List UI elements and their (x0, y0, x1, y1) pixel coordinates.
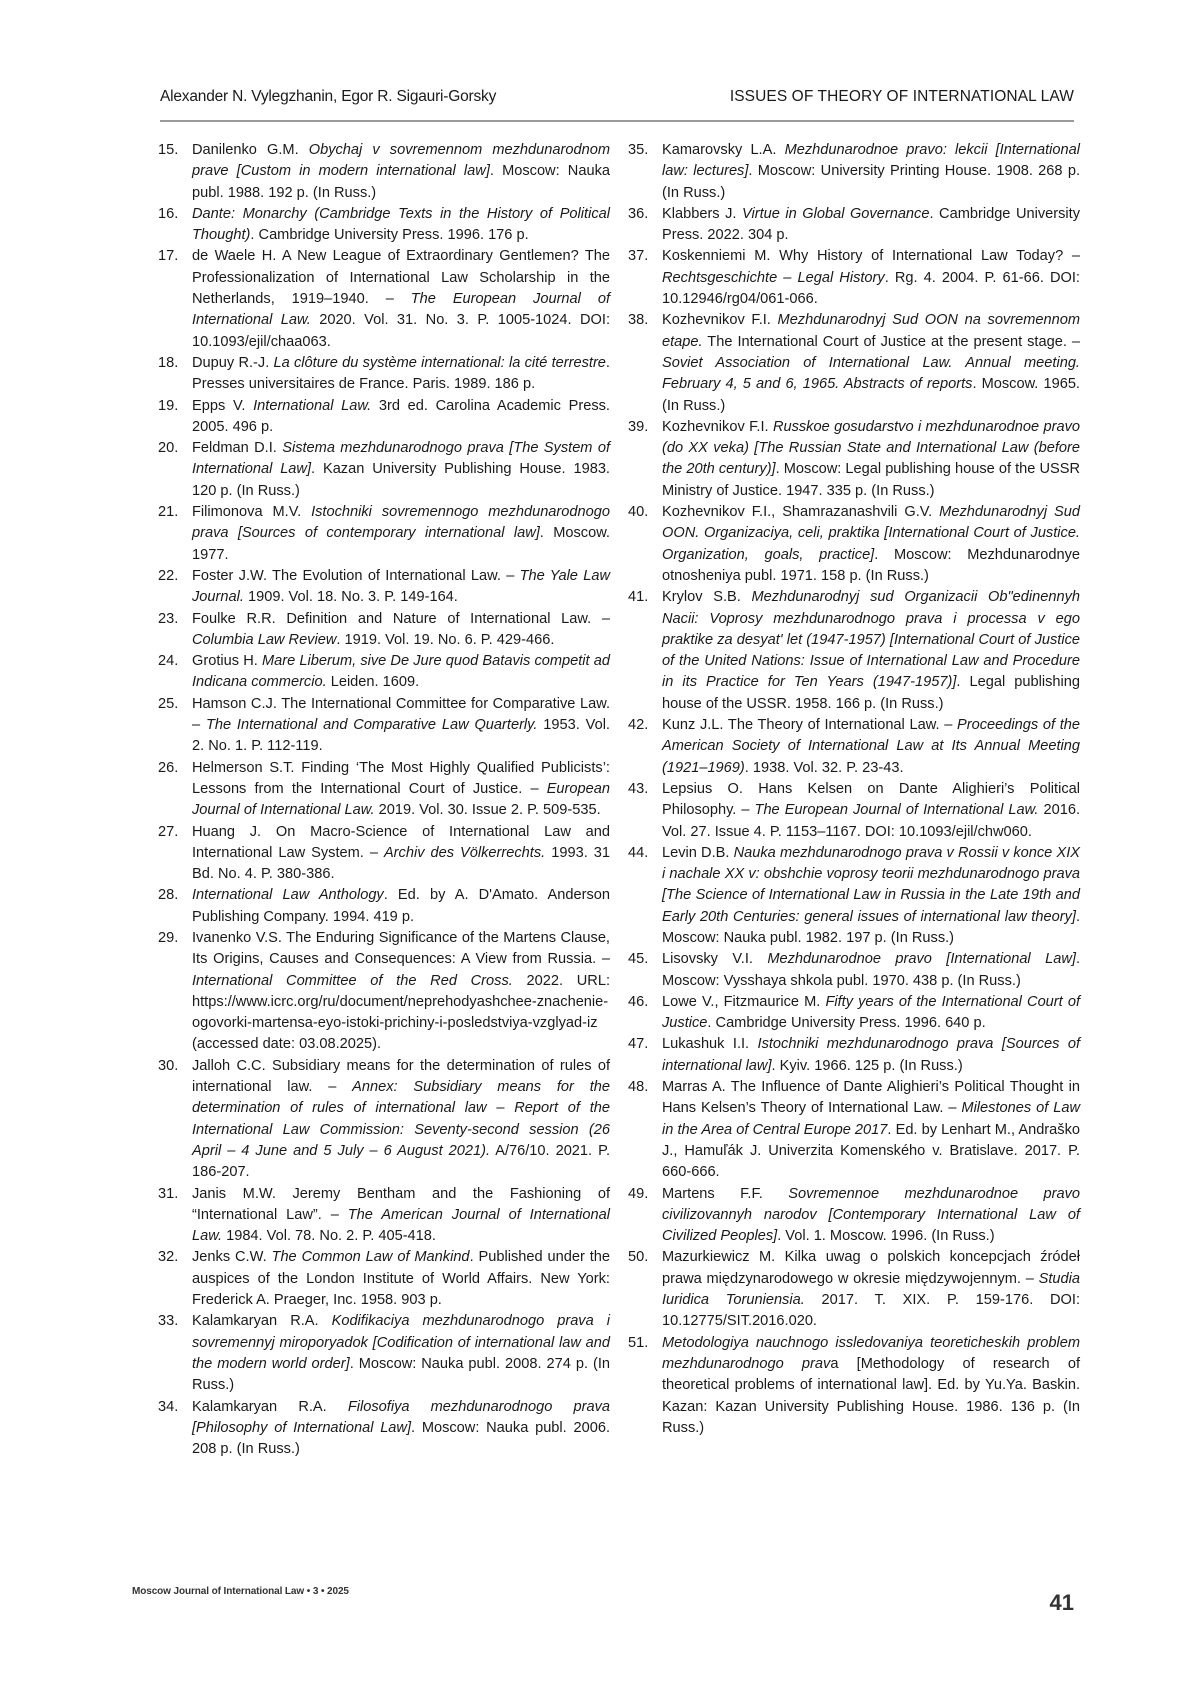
reference-item: 32.Jenks C.W. The Common Law of Mankind.… (164, 1247, 610, 1311)
reference-item: 30.Jalloh C.C. Subsidiary means for the … (164, 1056, 610, 1184)
header-section-title: ISSUES OF THEORY OF INTERNATIONAL LAW (730, 88, 1074, 106)
reference-number: 50. (628, 1247, 658, 1268)
reference-number: 32. (158, 1247, 188, 1268)
reference-item: 17.de Waele H. A New League of Extraordi… (164, 246, 610, 352)
reference-number: 33. (158, 1311, 188, 1332)
reference-number: 26. (158, 758, 188, 779)
references-column-right: 35.Kamarovsky L.A. Mezhdunarodnoe pravo:… (634, 140, 1080, 1439)
reference-text: Kozhevnikov F.I. (662, 419, 773, 435)
reference-item: 51.Metodologiya nauchnogo issledovaniya … (634, 1333, 1080, 1439)
reference-text: Ivanenko V.S. The Enduring Significance … (192, 930, 610, 967)
reference-text: Epps V. (192, 398, 253, 414)
reference-number: 23. (158, 609, 188, 630)
reference-number: 41. (628, 587, 658, 608)
reference-text: Kalamkaryan R.A. (192, 1313, 332, 1329)
reference-item: 23.Foulke R.R. Definition and Nature of … (164, 609, 610, 652)
reference-number: 31. (158, 1184, 188, 1205)
reference-text: Kozhevnikov F.I. (662, 312, 778, 328)
reference-number: 38. (628, 310, 658, 331)
reference-number: 19. (158, 396, 188, 417)
reference-text: Kalamkaryan R.A. (192, 1399, 348, 1415)
reference-text: Krylov S.B. (662, 589, 752, 605)
reference-text: Lisovsky V.I. (662, 951, 767, 967)
reference-title-italic: Columbia Law Review (192, 632, 336, 648)
reference-text: The International Court of Justice at th… (703, 334, 1080, 350)
reference-text: Kamarovsky L.A. (662, 142, 785, 158)
reference-text: Foster J.W. The Evolution of Internation… (192, 568, 520, 584)
reference-item: 47.Lukashuk I.I. Istochniki mezhdunarodn… (634, 1034, 1080, 1077)
reference-number: 16. (158, 204, 188, 225)
reference-title-italic: La clôture du système international: la … (274, 355, 606, 371)
reference-title-italic: Archiv des Völkerrechts. (384, 845, 545, 861)
reference-text: 1984. Vol. 78. No. 2. P. 405-418. (222, 1228, 436, 1244)
reference-number: 48. (628, 1077, 658, 1098)
reference-item: 42.Kunz J.L. The Theory of International… (634, 715, 1080, 779)
reference-item: 41.Krylov S.B. Mezhdunarodnyj sud Organi… (634, 587, 1080, 715)
reference-number: 34. (158, 1397, 188, 1418)
reference-number: 44. (628, 843, 658, 864)
reference-item: 15.Danilenko G.M. Obychaj v sovremennom … (164, 140, 610, 204)
reference-text: Filimonova M.V. (192, 504, 311, 520)
reference-number: 49. (628, 1184, 658, 1205)
reference-text: Danilenko G.M. (192, 142, 309, 158)
reference-text: Leiden. 1609. (327, 674, 420, 690)
reference-number: 36. (628, 204, 658, 225)
reference-item: 25.Hamson C.J. The International Committ… (164, 694, 610, 758)
reference-number: 40. (628, 502, 658, 523)
reference-item: 22.Foster J.W. The Evolution of Internat… (164, 566, 610, 609)
reference-text: . 1938. Vol. 32. P. 23-43. (745, 760, 904, 776)
reference-item: 33.Kalamkaryan R.A. Kodifikaciya mezhdun… (164, 1311, 610, 1396)
reference-number: 45. (628, 949, 658, 970)
reference-text: . Vol. 1. Moscow. 1996. (In Russ.) (777, 1228, 994, 1244)
reference-text: Lowe V., Fitzmaurice M. (662, 994, 825, 1010)
reference-text: . Kyiv. 1966. 125 p. (In Russ.) (772, 1058, 963, 1074)
reference-item: 16.Dante: Monarchy (Cambridge Texts in t… (164, 204, 610, 247)
reference-text: Mazurkiewicz M. Kilka uwag o polskich ko… (662, 1249, 1080, 1286)
reference-item: 50.Mazurkiewicz M. Kilka uwag o polskich… (634, 1247, 1080, 1332)
reference-item: 49.Martens F.F. Sovremennoe mezhdunarodn… (634, 1184, 1080, 1248)
reference-title-italic: The European Journal of International La… (755, 802, 1039, 818)
reference-number: 28. (158, 885, 188, 906)
reference-title-italic: International Committee of the Red Cross… (192, 973, 513, 989)
reference-text: Klabbers J. (662, 206, 742, 222)
reference-item: 24.Grotius H. Mare Liberum, sive De Jure… (164, 651, 610, 694)
reference-title-italic: International Law Anthology (192, 887, 384, 903)
reference-item: 37.Koskenniemi M. Why History of Interna… (634, 246, 1080, 310)
reference-text: Foulke R.R. Definition and Nature of Int… (192, 611, 610, 627)
reference-item: 21.Filimonova M.V. Istochniki sovremenno… (164, 502, 610, 566)
header-divider (160, 120, 1074, 122)
reference-text: Grotius H. (192, 653, 262, 669)
reference-item: 39.Kozhevnikov F.I. Russkoe gosudarstvo … (634, 417, 1080, 502)
reference-text: . 1919. Vol. 19. No. 6. P. 429-466. (336, 632, 554, 648)
reference-number: 35. (628, 140, 658, 161)
reference-number: 46. (628, 992, 658, 1013)
reference-text: Feldman D.I. (192, 440, 282, 456)
reference-number: 25. (158, 694, 188, 715)
reference-item: 43.Lepsius O. Hans Kelsen on Dante Aligh… (634, 779, 1080, 843)
reference-title-italic: Rechtsgeschichte – Legal History (662, 270, 885, 286)
reference-item: 27.Huang J. On Macro-Science of Internat… (164, 822, 610, 886)
reference-title-italic: International Law. (253, 398, 371, 414)
reference-item: 29.Ivanenko V.S. The Enduring Significan… (164, 928, 610, 1056)
reference-item: 45.Lisovsky V.I. Mezhdunarodnoe pravo [I… (634, 949, 1080, 992)
running-header: Alexander N. Vylegzhanin, Egor R. Sigaur… (160, 88, 1074, 108)
reference-number: 30. (158, 1056, 188, 1077)
reference-number: 43. (628, 779, 658, 800)
reference-item: 44.Levin D.B. Nauka mezhdunarodnogo prav… (634, 843, 1080, 949)
reference-number: 22. (158, 566, 188, 587)
reference-item: 26.Helmerson S.T. Finding ‘The Most High… (164, 758, 610, 822)
reference-number: 17. (158, 246, 188, 267)
reference-text: Levin D.B. (662, 845, 734, 861)
reference-number: 18. (158, 353, 188, 374)
reference-text: Lukashuk I.I. (662, 1036, 758, 1052)
reference-title-italic: The International and Comparative Law Qu… (206, 717, 538, 733)
header-authors: Alexander N. Vylegzhanin, Egor R. Sigaur… (160, 88, 496, 106)
reference-text: Kunz J.L. The Theory of International La… (662, 717, 957, 733)
reference-number: 47. (628, 1034, 658, 1055)
reference-title-italic: Mezhdunarodnoe pravo [International Law] (767, 951, 1076, 967)
reference-number: 39. (628, 417, 658, 438)
reference-text: . Cambridge University Press. 1996. 176 … (250, 227, 528, 243)
reference-text: Koskenniemi M. Why History of Internatio… (662, 248, 1080, 264)
reference-item: 34.Kalamkaryan R.A. Filosofiya mezhdunar… (164, 1397, 610, 1461)
reference-text: Jenks C.W. (192, 1249, 272, 1265)
reference-item: 48.Marras A. The Influence of Dante Alig… (634, 1077, 1080, 1183)
reference-item: 40.Kozhevnikov F.I., Shamrazanashvili G.… (634, 502, 1080, 587)
reference-item: 19.Epps V. International Law. 3rd ed. Ca… (164, 396, 610, 439)
page-number: 41 (1050, 1590, 1074, 1616)
reference-number: 29. (158, 928, 188, 949)
reference-item: 18.Dupuy R.-J. La clôture du système int… (164, 353, 610, 396)
reference-text: . Cambridge University Press. 1996. 640 … (707, 1015, 985, 1031)
reference-text: 1909. Vol. 18. No. 3. P. 149-164. (244, 589, 458, 605)
reference-item: 35.Kamarovsky L.A. Mezhdunarodnoe pravo:… (634, 140, 1080, 204)
reference-item: 31.Janis M.W. Jeremy Bentham and the Fas… (164, 1184, 610, 1248)
reference-number: 24. (158, 651, 188, 672)
reference-text: Martens F.F. (662, 1186, 788, 1202)
reference-item: 28.International Law Anthology. Ed. by A… (164, 885, 610, 928)
reference-item: 20.Feldman D.I. Sistema mezhdunarodnogo … (164, 438, 610, 502)
reference-number: 27. (158, 822, 188, 843)
reference-title-italic: Virtue in Global Governance (742, 206, 929, 222)
references-column-left: 15.Danilenko G.M. Obychaj v sovremennom … (164, 140, 610, 1460)
reference-number: 37. (628, 246, 658, 267)
reference-text: 2019. Vol. 30. Issue 2. P. 509-535. (375, 802, 601, 818)
footer-journal-info: Moscow Journal of International Law • 3 … (132, 1586, 349, 1597)
reference-item: 38.Kozhevnikov F.I. Mezhdunarodnyj Sud O… (634, 310, 1080, 416)
reference-number: 51. (628, 1333, 658, 1354)
reference-number: 20. (158, 438, 188, 459)
reference-item: 46.Lowe V., Fitzmaurice M. Fifty years o… (634, 992, 1080, 1035)
reference-text: Kozhevnikov F.I., Shamrazanashvili G.V. (662, 504, 939, 520)
reference-text: Dupuy R.-J. (192, 355, 274, 371)
reference-item: 36.Klabbers J. Virtue in Global Governan… (634, 204, 1080, 247)
reference-title-italic: The Common Law of Mankind (272, 1249, 470, 1265)
reference-number: 42. (628, 715, 658, 736)
reference-number: 15. (158, 140, 188, 161)
reference-number: 21. (158, 502, 188, 523)
